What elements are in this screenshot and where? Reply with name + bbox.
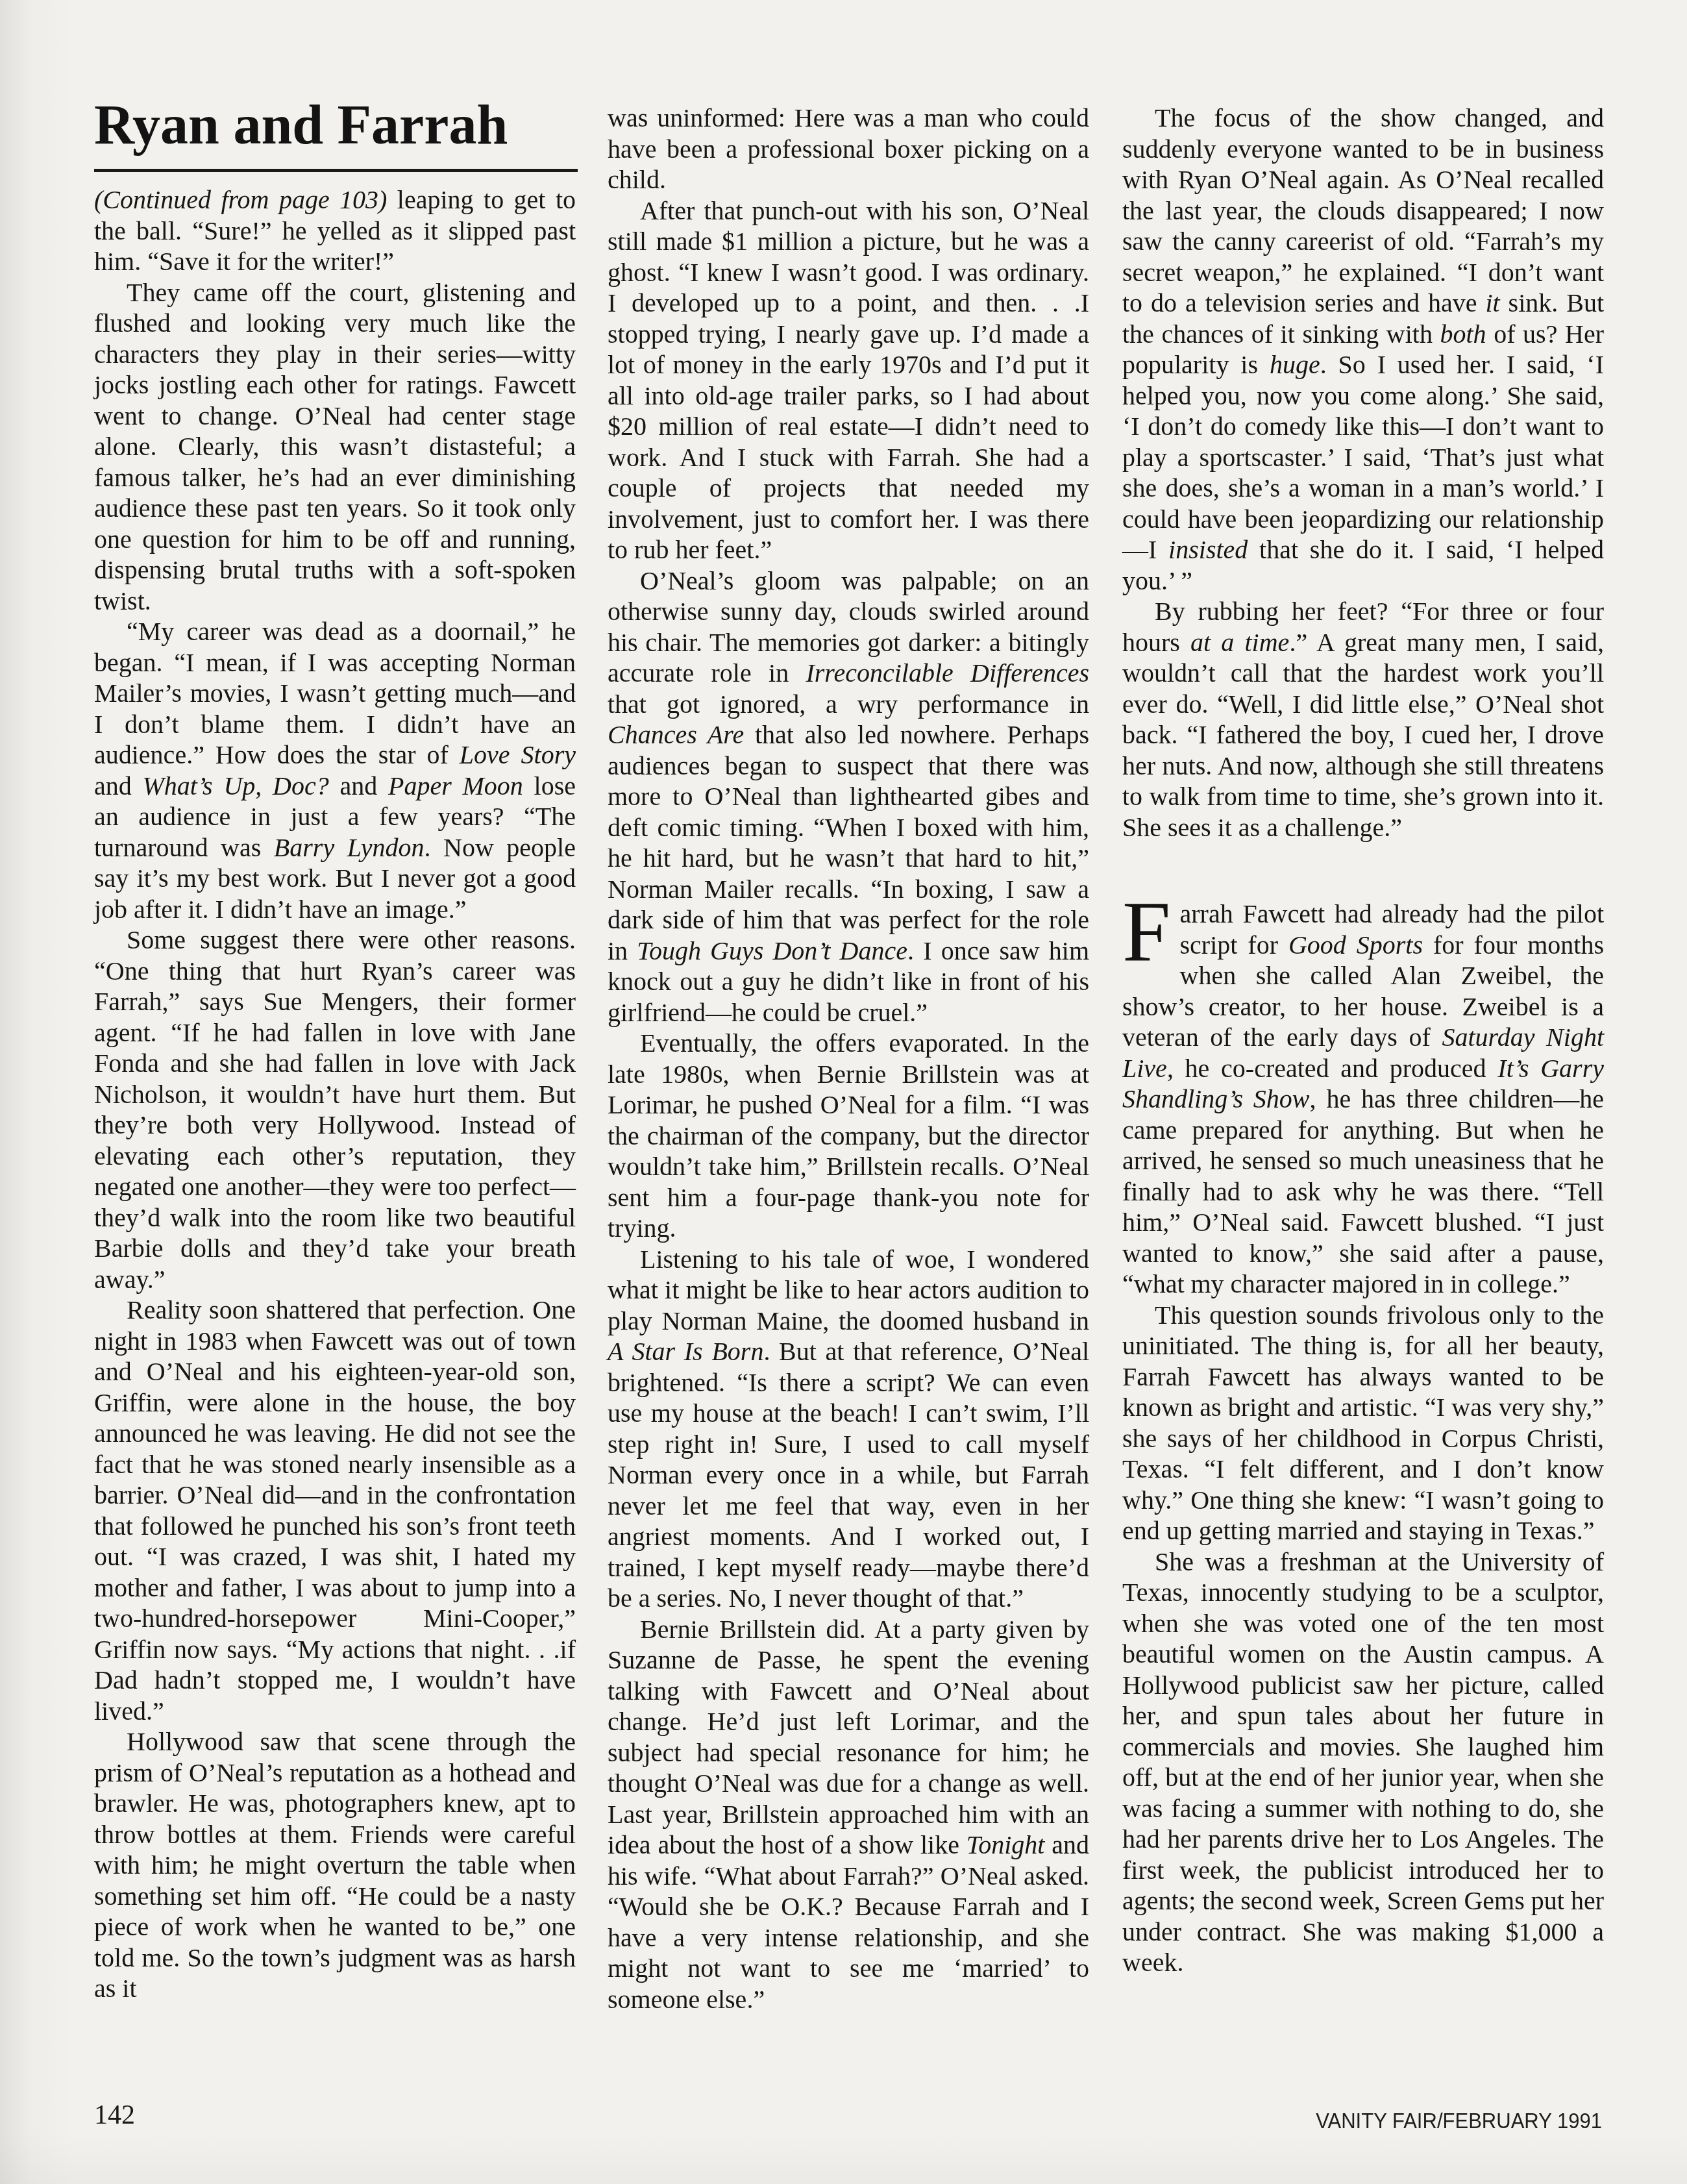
paragraph: After that punch-out with his son, O’Nea…	[608, 195, 1089, 565]
title-rule	[94, 169, 578, 172]
column-right: The focus of the show changed, and sudde…	[1122, 103, 1604, 1978]
drop-cap: F	[1122, 900, 1180, 963]
paragraph: (Continued from page 103) leaping to get…	[94, 184, 576, 277]
page-title: Ryan and Farrah	[94, 95, 578, 155]
paragraph: Hollywood saw that scene through the pri…	[94, 1726, 576, 2004]
column-left: (Continued from page 103) leaping to get…	[94, 184, 576, 2004]
paragraph: Listening to his tale of woe, I wondered…	[608, 1244, 1089, 1614]
paragraph: She was a freshman at the University of …	[1122, 1546, 1604, 1978]
paragraph: This question sounds frivolous only to t…	[1122, 1300, 1604, 1546]
column-center: was uninformed: Here was a man who could…	[608, 103, 1089, 2015]
paragraph: They came off the court, glistening and …	[94, 277, 576, 617]
paragraph: Eventually, the offers evaporated. In th…	[608, 1028, 1089, 1244]
article-header: Ryan and Farrah	[94, 95, 578, 172]
paragraph: Some suggest there were other reasons. “…	[94, 924, 576, 1295]
paragraph: Farrah Fawcett had already had the pilot…	[1122, 899, 1604, 1300]
paragraph: By rubbing her feet? “For three or four …	[1122, 596, 1604, 843]
paragraph: Bernie Brillstein did. At a party given …	[608, 1614, 1089, 2015]
paragraph: The focus of the show changed, and sudde…	[1122, 103, 1604, 596]
magazine-page: Ryan and Farrah (Continued from page 103…	[0, 0, 1687, 2184]
paragraph: Reality soon shattered that perfection. …	[94, 1295, 576, 1726]
page-number: 142	[94, 2100, 135, 2131]
paragraph: was uninformed: Here was a man who could…	[608, 103, 1089, 195]
paragraph: “My career was dead as a doornail,” he b…	[94, 616, 576, 924]
paragraph: O’Neal’s gloom was palpable; on an other…	[608, 565, 1089, 1028]
footer-credit: VANITY FAIR/FEBRUARY 1991	[1316, 2109, 1602, 2133]
